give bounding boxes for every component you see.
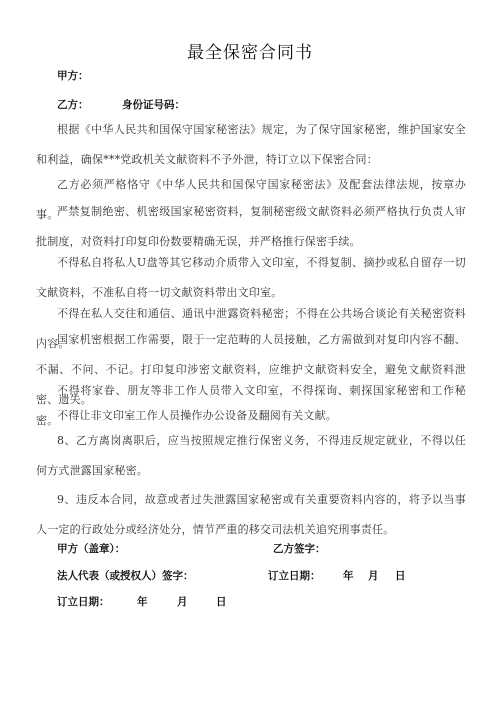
year-label-left: 年 xyxy=(137,594,148,609)
year-label-right: 年 xyxy=(343,568,354,583)
date-label-right: 订立日期： xyxy=(268,568,321,583)
document-title: 最全保密合同书 xyxy=(0,38,500,63)
date-label-left: 订立日期： xyxy=(57,594,110,609)
party-b-sign-label: 乙方签字： xyxy=(273,541,326,556)
party-b-label: 乙方： xyxy=(57,97,89,112)
party-a-seal-label: 甲方（盖章）： xyxy=(57,541,125,556)
paragraph-9: 9、违反本合同，故意或者过失泄露国家秘密或有关重要资料内容的，将予以当事人一定的… xyxy=(36,485,466,545)
paragraph-intro: 根据《中华人民共和国保守国家秘密法》规定，为了保守国家秘密，维护国家安全和利益，… xyxy=(36,115,466,175)
day-label-left: 日 xyxy=(216,594,227,609)
month-label-right: 月 xyxy=(368,568,379,583)
month-label-left: 月 xyxy=(177,594,188,609)
day-label-right: 日 xyxy=(395,568,406,583)
paragraph-8: 8、乙方离岗离职后，应当按照规定推行保密义务，不得违反规定就业，不得以任何方式泄… xyxy=(36,426,466,486)
id-number-label: 身份证号码： xyxy=(122,97,185,112)
contract-page: 最全保密合同书 甲方： 乙方： 身份证号码： 根据《中华人民共和国保守国家秘密法… xyxy=(0,0,500,707)
legal-rep-sign-label: 法人代表（或授权人）签字： xyxy=(57,568,194,583)
party-a-label: 甲方： xyxy=(57,68,89,83)
